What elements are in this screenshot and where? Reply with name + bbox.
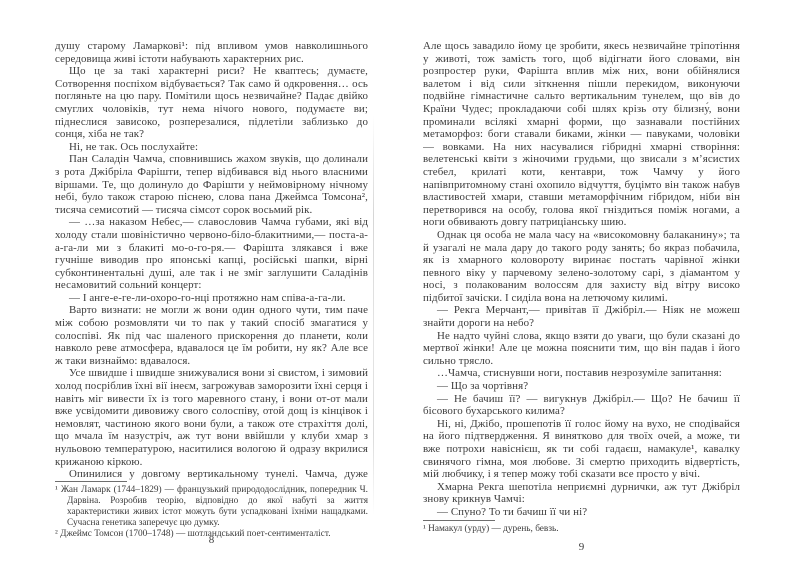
paragraph: Ні, не так. Ось послухайте:	[55, 141, 368, 154]
page-gutter-shadow	[373, 115, 374, 515]
paragraph: Але щось завадило йому це зробити, якесь…	[423, 40, 740, 229]
paragraph: Ні, ні, Джібо, прошепотів її голос йому …	[423, 418, 740, 481]
book-spread: душу старому Ламаркові¹: під впливом умо…	[0, 0, 800, 587]
left-page-number: 8	[55, 534, 368, 546]
paragraph: …Чамча, стиснувши ноги, поставив незрозу…	[423, 367, 740, 380]
right-page-body-text: Але щось завадило йому це зробити, якесь…	[423, 40, 740, 520]
right-page-number: 9	[423, 541, 740, 553]
paragraph: Усе швидше і швидше знижувалися вони зі …	[55, 367, 368, 468]
left-page-footnote-list: ¹ Жан Ламарк (1744–1829) — французький п…	[55, 485, 368, 540]
footnote-separator-rule	[55, 481, 127, 482]
footnote-separator-rule	[423, 520, 495, 521]
paragraph: Хмарна Рекга шепотіла неприємні дурнички…	[423, 481, 740, 506]
footnote: ¹ Намакул (урду) — дурень, бевзь.	[423, 524, 740, 535]
left-page-body-text: душу старому Ламаркові¹: під впливом умо…	[55, 40, 368, 480]
left-page: душу старому Ламаркові¹: під впливом умо…	[55, 40, 368, 587]
paragraph: Опинилися у довгому вертикальному тунелі…	[55, 468, 368, 480]
paragraph: Пан Саладін Чамча, сповнившись жахом зву…	[55, 153, 368, 216]
paragraph: — …за наказом Небес,— славословив Чамча …	[55, 216, 368, 292]
right-page-footnotes: ¹ Намакул (урду) — дурень, бевзь.	[423, 520, 740, 535]
paragraph: — Спуно? То ти бачиш її чи ні?	[423, 506, 740, 519]
paragraph: душу старому Ламаркові¹: під впливом умо…	[55, 40, 368, 65]
paragraph: — Рекга Мерчант,— привітав її Джібріл.— …	[423, 304, 740, 329]
paragraph: Варто визнати: не могли ж вони один одно…	[55, 304, 368, 367]
right-page: Але щось завадило йому це зробити, якесь…	[423, 40, 740, 587]
paragraph: Однак ця особа не мала часу на «високомо…	[423, 229, 740, 305]
paragraph: — І анге-е-ге-ли-охоро-го-нці протяжно н…	[55, 292, 368, 305]
paragraph: Не надто чуйні слова, якщо взяти до уваг…	[423, 330, 740, 368]
paragraph: — Не бачиш її? — вигукнув Джібріл.— Що? …	[423, 393, 740, 418]
paragraph: Що це за такі характерні риси? Не квапте…	[55, 65, 368, 141]
left-page-footnotes: ¹ Жан Ламарк (1744–1829) — французький п…	[55, 481, 368, 540]
paragraph: — Що за чортівня?	[423, 380, 740, 393]
right-page-footnote-list: ¹ Намакул (урду) — дурень, бевзь.	[423, 524, 740, 535]
footnote: ¹ Жан Ламарк (1744–1829) — французький п…	[55, 485, 368, 529]
